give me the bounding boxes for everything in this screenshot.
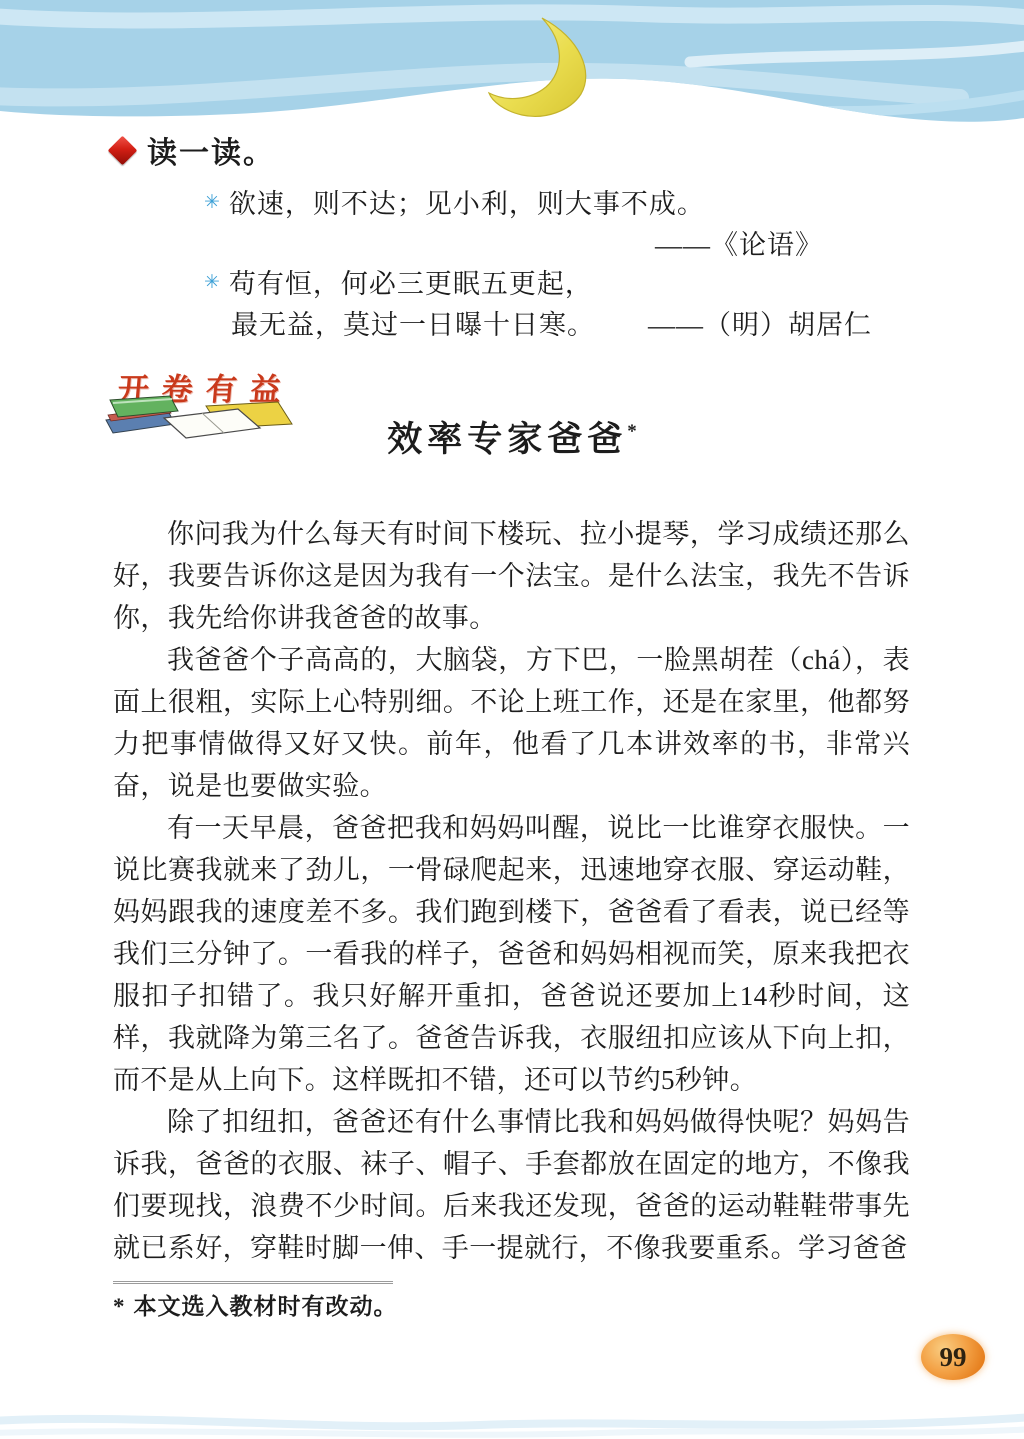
quote-text: 苟有恒，何必三更眠五更起， xyxy=(229,269,593,299)
title-footnote-mark: * xyxy=(627,421,637,442)
quote-attribution: ——《论语》 xyxy=(655,223,823,262)
footer-wave-line xyxy=(0,1429,1024,1435)
page-number-badge: 99 xyxy=(921,1334,985,1380)
diamond-icon xyxy=(108,135,138,165)
footnote-divider xyxy=(113,1281,393,1284)
article-body: 你问我为什么每天有时间下楼玩、拉小提琴，学习成绩还那么好，我要告诉你这是因为我有… xyxy=(113,513,910,1269)
article-paragraph: 除了扣纽扣，爸爸还有什么事情比我和妈妈做得快呢？妈妈告诉我，爸爸的衣服、袜子、帽… xyxy=(113,1101,910,1269)
quote-item-1: ✳欲速，则不达；见小利，则大事不成。 xyxy=(204,182,705,221)
sky-light-streak xyxy=(0,12,1024,20)
read-section-heading: 读一读。 xyxy=(112,128,275,172)
article-paragraph: 你问我为什么每天有时间下楼玩、拉小提琴，学习成绩还那么好，我要告诉你这是因为我有… xyxy=(113,513,910,639)
footnote: *本文选入教材时有改动。 xyxy=(113,1288,398,1321)
footnote-mark: * xyxy=(113,1294,126,1319)
footnote-text: 本文选入教材时有改动。 xyxy=(134,1294,398,1319)
read-heading-label: 读一读。 xyxy=(147,128,275,172)
asterisk-bullet-icon: ✳ xyxy=(204,192,221,213)
article-title-text: 效率专家爸爸 xyxy=(387,420,627,459)
asterisk-bullet-icon: ✳ xyxy=(204,272,221,293)
article-paragraph: 有一天早晨，爸爸把我和妈妈叫醒，说比一比谁穿衣服快。一说比赛我就来了劲儿，一骨碌… xyxy=(113,807,910,1101)
page-number: 99 xyxy=(940,1342,967,1373)
quote-attribution: ——（明）胡居仁 xyxy=(648,303,872,342)
quote-text: 最无益，莫过一日曝十日寒。 xyxy=(231,303,595,342)
footer-wave-line xyxy=(0,1417,1024,1426)
quote-item-2: ✳苟有恒，何必三更眠五更起， xyxy=(204,262,593,301)
footer-wave xyxy=(0,1387,1024,1439)
article-paragraph: 我爸爸个子高高的，大脑袋，方下巴，一脸黑胡茬（chá），表面上很粗，实际上心特别… xyxy=(113,639,910,807)
quote-text: 欲速，则不达；见小利，则大事不成。 xyxy=(229,189,705,219)
article-title: 效率专家爸爸* xyxy=(0,412,1024,462)
